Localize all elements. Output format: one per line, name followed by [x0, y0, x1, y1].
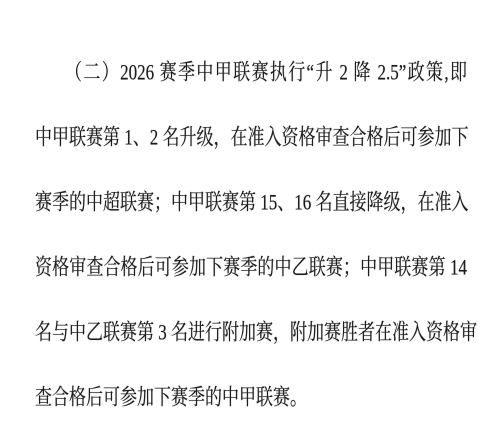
document-page: （二）2026 赛季中甲联赛执行“升 2 降 2.5”政策,即 中甲联赛第 1、… [0, 0, 500, 440]
paragraph: （二）2026 赛季中甲联赛执行“升 2 降 2.5”政策,即 中甲联赛第 1、… [35, 40, 467, 430]
paragraph-line: 查合格后可参加下赛季的中甲联赛。 [35, 355, 467, 440]
